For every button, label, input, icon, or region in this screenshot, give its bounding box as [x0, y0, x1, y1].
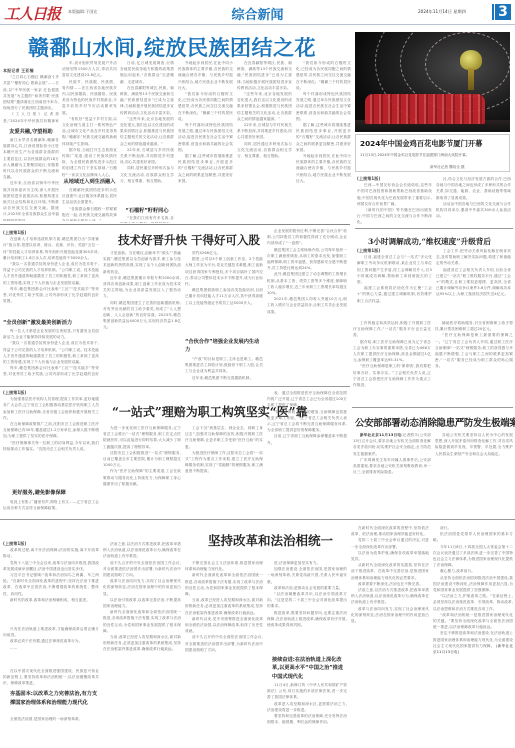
medical-column-2: 为进一步优化职工医疗互助保障服务,辽宁省总工会推出“一站式”理赔服务,职工在定点… [103, 425, 181, 517]
medical-column-4: 表、通过全面推进医疗互助保障在全省范围内的广泛开展,辽宁省总工会已为全省超过10… [267, 390, 347, 517]
reform-column-1c: 在以中国式现代化全面推进强国建设、民族复兴伟业的新征程上,要坚持改革和法治相统一… [3, 668, 99, 688]
photo-title: 2024年中国金鸡百花电影节厦门开幕 [360, 139, 482, 149]
lead-subheading-2: 从地域迁入到生活融入 [62, 178, 117, 185]
dancers [365, 94, 485, 124]
paragraph: 为推进医疗保障工作,沈阳市总工会将“一站式”工程作为重点工作来抓,建立了医疗互助… [185, 450, 263, 475]
paragraph: 推进改革,既要坚持问题导向,也要注重法治保障,在法治轨道上推进改革,确保改革有序… [267, 610, 347, 629]
paragraph: 今年11月8日,十四届全国人大常委会第十二次会议表决通过了多部法律,进一步完善了… [433, 544, 513, 569]
paragraph: 据了解,这些城市将继续推进民族团结进步事业,开展更多的“石榴籽”交流活动,让各民… [296, 122, 351, 153]
paragraph: 据介绍,职工医疗互助保障已成为辽宁省总工会为职工办实事的重要举措,全省已为468… [353, 339, 431, 364]
paragraph: “各族群众像石榴籽一样紧紧抱在一起,各民族交流交融的故事在这里每天都在上演。” [62, 206, 117, 221]
paragraph: 同时,居民通过多种形式参与文化交流活动,各族群众相互学习、相互尊重、相互帮助。 [237, 141, 292, 160]
police-column-2: 各地公安机关要坚持以人民为中心的发展思想,深入开展矛盾纠纷排查化解工作,对各类风… [435, 432, 513, 520]
paragraph: 新时代全面深化改革和全面依法治国统一推进,各项改革措施于法有据,实现了改革与法治… [103, 609, 181, 634]
paragraph: 不断完善社会主义法治体系,推进国家治理体系和治理能力现代化。 [185, 560, 263, 572]
paragraph: 只有在法治轨道上推进改革,才能确保改革沿着正确方向前进。 [3, 626, 99, 638]
paragraph: 外地起步到居民,在此中同小民族群体的主要乡镇,各民族的交流融合使各乡镇、与民族乡… [296, 153, 351, 184]
paragraph: 每个村落形成特色民族团结发展之路,通过举办民族团结文化活动,促进各民族在社会生活… [296, 91, 351, 122]
paragraph: 改革的过程,离不开法治保障;法治的实施,离不开改革推动。 [3, 547, 99, 559]
paragraph: 改革与法治同向发力,实现了社会治理现代化的深刻转变,法治在国家治理中的作用更加凸… [351, 606, 429, 625]
paragraph: 当前,改革已经进入攻坚期和深水区,面对新形势新任务,必须更加注重改革的系统集成,… [103, 634, 181, 653]
paragraph: 福建工会系统将法治化作为汇聚“工会+”的核心力量,通过建立调解机制,有效维护职工… [357, 285, 432, 304]
paragraph: 日前,亿万城发展调查,行情各地居民政务地方积极的政策措施运用起来,“各族群众”走… [120, 60, 174, 85]
tech-column-1: (上接第1版) 在创新人才培养选拔机制方面,赣邑集团打出“学练赛评”组合拳,搭建… [3, 230, 99, 318]
paragraph: 工会工作,把劳动关系风险化解在萌芽状态,及时帮助职工解决实际问题,构建了和谐稳定… [436, 248, 511, 267]
paragraph: 据悉,公司以5个职工创新工作室、2个技能大师工作室为平台,攻克关键技术难题,职工… [185, 256, 263, 287]
paragraph: 以法治引领改革,以改革完善法治,不断提高国家治理能力。 [103, 597, 181, 609]
paragraph: 当前,改革已经进入攻坚期和深水区,面对新形势新任务,必须更加注重改革的系统集成,… [185, 597, 263, 616]
page-number: 3 [495, 4, 511, 20]
tech-column-3: 效约4266亿元。 据悉,公司以5个职工创新工作室、2个技能大师工作室为平台,攻… [185, 250, 263, 336]
paragraph: 沈阳市总工会积极推进“一站式”理赔服务,目前已覆盖全市主要医院,累计为职工理赔超… [103, 450, 181, 469]
reform-column-1d: 全面依法治国,是国家治理的一场深刻革命。 [3, 716, 99, 746]
reform-column-4: 进,法治保障更加坚实有力。 加强法治建设,全面依法治国,是国家治理的一场深刻革命… [267, 560, 347, 652]
paragraph: 同时,赣邑集团建立了完善的创新激励机制,对有突出贡献的员工给予重奖,形成了“人人… [103, 300, 181, 331]
page-number-bar [492, 4, 494, 20]
divider [0, 386, 350, 387]
paragraph: 在新时代全面深化改革的进程中,坚持依法改革、依法治理,推动国家治理效能更好转化。 [351, 525, 429, 537]
divider [352, 407, 513, 408]
paragraph: “以法治凝聚改革共识,以法治引领改革方向。”这是党的二十届三中全会对深化改革提出… [267, 591, 347, 610]
medical-column-1: (上接第1版) 为加强基层医疗机构人员管理,提高工作效率,更好地服务广大会员,辽… [3, 390, 99, 488]
paragraph: 2021年,赣邑集团人均收入突破10万元,职工收入增长与企业效益同步,让职工共享… [267, 296, 347, 315]
paragraph: 此外,赣邑集团还建立了动态调整的工资增长机制,从基本工资、绩效工资等多个维度,保… [267, 271, 347, 296]
paragraph: 在创新人才培养选拔机制方面,赣邑集团打出“学练赛评”组合拳,搭建以培训、练兵、竞… [3, 236, 99, 261]
tech-column-4: 企业发展的股份红利,不断完善“合伙合作”机制,公司持股员工的积极性得到了充分调动… [267, 228, 347, 383]
reform-subheading-2: 接续奋进:在法治轨道上深化改革,以更高水平“中国之治”推进中国式现代化 [272, 656, 348, 681]
lead-column-1: 本报记者 王亚楠 “之江同心石榴红 赣鄱奋斗齐共富”“榴籽同心 歌新会展”……日… [3, 68, 59, 123]
lead-subheading-1: 友爱共融,守望相助 [3, 128, 59, 135]
paragraph: “之江同心石榴红 赣鄱奋斗齐共富”“榴籽同心 歌新会展”……日前,以“中华民族一… [3, 74, 59, 111]
paragraph: 赣邑集团工会主席杨焕介绍,公司每年组织一次职工满意度调查,从职工的需求出发,加强… [267, 247, 347, 272]
workers-rights-column-1: (上接第1版) 日前,福建全省总工会与“一站式”多元化解职工劳动争议机制联动,某… [357, 248, 432, 316]
paragraph: 社,结合文化与经济发展方面的合作,巴西各地与中国各地之间也形成了多种形式的合作关… [436, 176, 511, 201]
paragraph: “我以一名普通学徒的身份进入企业,成长为技术骨干,得益于公司完善的人才培养机制。… [3, 340, 99, 365]
paragraph: 表、通过全面推进医疗互助保障在全省范围内的广泛开展,辽宁省总工会已为全省超过10… [267, 390, 347, 409]
paragraph: “这些年来,北京各地发展的变化很大,我们也以文化建设的成果来回馈社会,积极推进与… [120, 116, 174, 147]
reform-headline[interactable]: 坚持改革和法治相统一 [208, 531, 333, 549]
tech-column-2: 才是创新。当在赣汉,创新环节“源头”“普遍实践”,赣邑集团以全员创新为抓手,职工… [103, 250, 181, 382]
paragraph: 目前,辽宁省职工互助保障参保覆盖率不断提升。 [267, 433, 347, 445]
paragraph: 辅助医疗救助服务,对全省困难职工给予帮扶,累计帮扶困难职工超过20亿元。 [435, 320, 513, 332]
paragraph: 法治之意,以法治方式推进改革,把改革举措纳入法治轨道,以法治规范改革行为,确保改… [351, 587, 429, 606]
paragraph: 近年来,江西省以铸牢中华民族共同体意识为主线,深入开展民族团结进步创建活动,积极… [3, 180, 59, 221]
paragraph: “医疗互助保障是职工的‘保命钱’,我们要把好事办好、实事办实。”工会相关负责人说… [353, 363, 431, 388]
paragraph: 新时代全面深化改革和全面依法治国统一推进,各项改革措施于法有据,实现了改革与法治… [185, 572, 263, 597]
paragraph: “我们如今形成的石榴籽文化,已经成为各民族同胞之间的情感纽带,各民族之间交往交流… [296, 60, 351, 91]
paragraph: 在宜春鄱阳等城区,民族、朝鲜族、满族等13个民族交流和交融,“民族团结进步”已成… [120, 85, 174, 116]
paragraph: “有机好”受益于乡村方面,以文化治理力道主打一系列特色产品,让城市文化产品在乡村… [62, 116, 117, 147]
paragraph: “改革和法治相统一是推进国家治理现代化的关键。”要坚持全面深化改革与全面依法治国… [433, 612, 513, 631]
reform-column-4b: 11月4日,新修订的《中华人民共和国矿产资源法》公布,同日实施的多部法律法规,进… [267, 682, 347, 746]
paragraph: 广东珠海发生驾车冲撞人群事件后,公安部高度重视,要求各地公安机关深刻吸取教训,举… [353, 457, 431, 476]
workers-rights-column-2: 工会工作,把劳动关系风险化解在萌芽状态,及时帮助职工解决实际问题,构建了和谐稳定… [436, 248, 511, 316]
tech-headline[interactable]: 技术好晋升快 干得好可入股 [118, 232, 260, 248]
paragraph: 习近平总书记强调:“改革和法治如鸟之两翼、车之两轮。”在新时代全面深化改革的进程… [3, 572, 99, 597]
lead-column-1b: 新江水罕昔名赣鄱所,赣鄱各族群同心共,江西省国际营小区驻本赣兴旺生产为各族群各族… [3, 137, 59, 221]
medical-column-3: 工会下沉“到基层去、到企业去、到职工身边去”,加强对互助保障的宣传,积极开展职工… [185, 425, 263, 517]
paragraph: 福建省总工会相关负责人介绍,目前全省已建立“一站式”职工维权服务平台,通过“工会… [436, 267, 511, 298]
police-headline[interactable]: 公安部部署动态消除隐患严防发生极端案件 [355, 415, 515, 429]
paragraph: “医疗互助保障是职工最需要的保障之一。”辽宁省总工会负责人介绍,通过职工医疗互助… [435, 332, 513, 369]
paragraph: …… [3, 645, 99, 651]
paragraph: 电视上有影,广播里有声,网络上有文……辽宁省总工会运用各种方式宣传互助保障政策。 [3, 499, 99, 511]
paragraph: 每年,赣邑集团都会评比表彰“工匠”“技术能手”等荣誉,对优秀员工给予奖励,公司内… [3, 365, 99, 376]
medical-subheading-1: 更好服务,避免影像保障 [12, 489, 102, 497]
paragraph: 改革与法治同向发力,实现了社会治理现代化的深刻转变,法治在国家治理中的作用更加凸… [103, 578, 181, 597]
right-top-column-2: 社,结合文化与经济发展方面的合作,巴西各地与中国各地之间也形成了多种形式的合作关… [436, 176, 511, 226]
paragraph: 作为“医疗互助保障”的主要渠道,工会在政策推动与服务优化上持续发力,为保障职工身… [103, 468, 181, 487]
paragraph: 近年来,赣邑集团不断完善激励机制。 [185, 375, 263, 381]
paragraph: 党的十八届三中全会以来,改革与法治同步推进,我国改革发展成就举世瞩目,法治中国建… [3, 560, 99, 572]
paragraph: 《工人日报》记者获悉,“2024年中华民族共有精神家园建设主题文化活动——江西篇… [3, 111, 59, 123]
lead-subheading-3: “石榴籽”籽籽同心 [120, 207, 174, 214]
paragraph: 在赣鄱民族团结进步的示范区创建中,社区服务体系健全,居民生活品质全面提升。 [62, 187, 117, 206]
reform-column-2: 法治之意,以法治方式推进改革,把改革举措纳入法治轨道,以法治规范改革行为,确保改… [103, 541, 181, 746]
photo-caption: 11月13日,2024年中国金鸡百花电影节在福建厦门闽南大戏院开幕。 [360, 152, 508, 158]
lead-column-5: 在宜春鄱阳等城区,民族、朝鲜族、满族等13个民族交流和交融,“民族团结进步”已成… [237, 60, 292, 220]
reform-column-1: (上接第1版) 改革的过程,离不开法治保障;法治的实施,离不开改革推动。 党的十… [3, 541, 99, 625]
paragraph: 外地起步到居民,在此中同小民族群体的主要乡镇,各民族的交流融合使各乡镇、与民族乡… [178, 60, 233, 91]
paragraph: 为加强基层医疗机构人员管理,提高工作效率,更好地服务广大会员,辽宁省总工会积极推… [3, 396, 99, 421]
paragraph: 每个村落形成特色民族团结发展之路,通过举办民族团结文化活动,促进各民族在社会生活… [178, 122, 233, 153]
paragraph: 22年来,石城县与乡村民族关系不断加深,共同推进乡村建设,同心共建美好家园。 [120, 147, 174, 166]
divider [0, 519, 515, 520]
trophy-stem [468, 68, 474, 90]
paragraph: 为进一步优化职工医疗互助保障服务,辽宁省总工会推出“一站式”理赔服务,职工在定点… [103, 425, 181, 450]
paragraph: 全面依法治国,是国家治理的一场深刻革命。 [3, 716, 99, 722]
paragraph: 在宜春鄱阳等城区,民族、朝鲜族、满族等13个民族交流和交融,“民族团结进步”已成… [237, 60, 292, 91]
paragraph: 党的二十届三中全会审议通过的决定,对进一步全面深化改革作出部署。 [351, 537, 429, 549]
golden-rooster-trophy [460, 50, 482, 70]
lead-column-3b: “在我们江西有许多名族,各族群众像石榴籽一样紧紧抱在一起。” [120, 215, 174, 223]
paragraph: 工会下沉“到基层去、到企业去、到职工身边去”,加强对互助保障的宣传,积极开展职工… [185, 425, 263, 450]
paragraph: 近年来,赣邑集团累计申报专利1000余项,获得各项创新成果,职工创新工作室成为技… [103, 275, 181, 300]
lead-headline[interactable]: 赣鄱山水间,绽放民族团结之花 [28, 32, 316, 62]
medical-column-5: 工作的稳定和高效运转,积极了开展职工医疗互助保障工作,“一站式”服务平台也日益完… [353, 320, 431, 402]
paragraph: 日前,福建全省总工会与“一站式”多元化解职工劳动争议机制联动,某企业员工与单位因… [357, 254, 432, 285]
paragraph: “以法治之力,护航改革之路。”在新征程上,必须坚持以法治规范改革、引领改革、推动… [433, 593, 513, 612]
paragraph: “产改”的目标是职工,主体也是职工。赣邑集团推进员工持股计划,鼓励骨干职工入股,… [185, 356, 263, 375]
news-photo[interactable] [355, 32, 510, 132]
tech-subheading-2: “合伙合作”培强企业发展内生动力 [185, 338, 263, 354]
paragraph: 新江水罕昔名赣鄱所,赣鄱各族群同心共,江西省国际营小区驻本赣兴旺生产为各族群各族… [3, 137, 59, 180]
lead-column-2b: 在赣鄱民族团结进步的示范区创建中,社区服务体系健全,居民生活品质全面提升。 “各… [62, 187, 117, 221]
paragraph: 从坚持全面依法治国到推进法治中国建设,我国法治建设不断深化,法治保障作用更加凸显… [433, 575, 513, 594]
paragraph: 活动由中国各地与巴西的文化交流与合作机构共同举办,邀请中外嘉宾300余人参加活动… [436, 201, 511, 220]
paragraph: 据了解,这些城市将继续推进民族团结进步事业,开展更多的“石榴籽”交流活动,让各民… [178, 153, 233, 184]
reform-column-6: 前行。 依法治国是党领导人民治理国家的基本方略。 今年11月8日,十四届全国人大… [433, 525, 513, 746]
right-top-column-1: (上接第1版) 巴西—中国友好协会会长迪诺说,这些年中国对巴西投资和援助帮助巴西… [357, 176, 432, 226]
tech-column-1b: 每一位人才都是企业发展的宝贵财富,只有激发全员创新活力,企业才能保持持续发展的动… [3, 328, 99, 376]
paragraph: 《新时代的中国》等书籍在巴西出版发行,中国与巴西之间的文化交流与合作不断深化。 [357, 207, 432, 226]
paragraph: 新时代的改革,改革和法治相辅相成、相互促进。 [3, 597, 99, 603]
paragraph: 前不久召开的中央全面依法治国工作会议,对全面推进依法治国作出部署,为新时代法治中… [103, 560, 181, 579]
tech-subheading-1: “全员创新”激发最美创新活力 [3, 319, 99, 327]
paragraph: “随着参保职工人数的增加,互助保障也将惠及更多职工家庭。”辽宁省总工会相关负责人… [267, 409, 347, 434]
paragraph: 各地公安机关要坚持以人民为中心的发展思想,深入开展矛盾纠纷排查化解工作,对各类风… [435, 432, 513, 457]
workers-rights-headline[interactable]: 3小时调解成功,“维权速度”升级背后 [368, 236, 491, 247]
lead-column-2: 年,设计组织贸易发展户外活动规划等1500万人次,带动共同富裕文化建设23.8亿… [62, 60, 117, 180]
paragraph: 在以中国式现代化全面推进强国建设、民族复兴伟业的新征程上,要坚持改革和法治相统一… [3, 668, 99, 687]
paragraph: 赣邑集团鼓励职工参加各类技能培训,目前已累计培训技能人才11万余人次,其中获得高… [185, 287, 263, 306]
paragraph: 每一位人才都是企业发展的宝贵财富,只有激发全员创新活力,企业才能保持持续发展的动… [3, 328, 99, 340]
paragraph: 据介绍,当地打开生态旅游宣传推广渠道,建设了民族风情民宿、为全国民族团结进步示范… [62, 147, 117, 178]
divider [355, 228, 513, 229]
reform-column-3: 不断完善社会主义法治体系,推进国家治理体系和治理能力现代化。 新时代全面深化改革… [185, 560, 263, 746]
paragraph: “在我们江西有许多名族,各族群众像石榴籽一样紧紧抱在一起。” [120, 215, 174, 223]
reform-subheading-1: 夯基固本:以改革之力完善法治,有力支撑国家治理体系和治理能力现代化 [10, 690, 100, 707]
paragraph: 11月4日,新修订的《中华人民共和国矿产资源法》公布,同日实施的多部法律法规,进… [267, 682, 347, 701]
tech-column-3b: “产改”的目标是职工,主体也是职工。赣邑集团推进员工持股计划,鼓励骨干职工入股,… [185, 356, 263, 384]
divider [0, 224, 350, 225]
medical-column-1b: 电视上有影,广播里有声,网络上有文……辽宁省总工会运用各种方式宣传互助保障政策。 [3, 499, 99, 517]
lead-column-6: “我们如今形成的石榴籽文化,已经成为各民族同胞之间的情感纽带,各民族之间交往交流… [296, 60, 351, 220]
paragraph: “我们如今形成的石榴籽文化,已经成为各民族同胞之间的情感纽带,各民族之间交往交流… [178, 91, 233, 122]
paragraph: 民族节、民族服、民族情、骨肉情……在江西省各地民族乡内,以民族服装、民族婚俗、民… [62, 79, 117, 116]
lead-column-4: 外地起步到居民,在此中同小民族群体的主要乡镇,各民族的交流融合使各乡镇、与民族乡… [178, 60, 233, 200]
dateline: 新华社北京11月13日电 [360, 433, 401, 437]
paragraph: 从新时代全面深化改革的实践看,坚持在法治下推进改革、在改革中完善法治,是推进国家… [351, 562, 429, 581]
paragraph: “我以一名普通学徒的身份进入企业,成长为技术骨干,得益于公司完善的人才培养机制。… [3, 261, 99, 286]
paragraph: 每年,赣邑集团都会评比表彰“工匠”“技术能手”等荣誉,对优秀员工给予奖励,公司内… [3, 286, 99, 305]
paragraph: “医疗保障事关每一位职工的切身利益,今年以来,我们持续推动工作落实。”沈阳市总工… [3, 440, 99, 452]
paragraph: 改革进入攻坚期和深水区,更需要法治之力,法治建设将进一步推进。 [267, 701, 347, 713]
paragraph: 年,设计组织贸易发展户外活动规划等1500万人次,带动共同富裕文化建设23.8亿… [62, 60, 117, 79]
medical-column-6: 辅助医疗救助服务,对全省困难职工给予帮扶,累计帮扶困难职工超过20亿元。 “医疗… [435, 320, 513, 402]
paragraph: 新时代以来,党中央统筹推进全面深化改革和全面依法治国,以法治保障改革,取得了历史… [185, 616, 263, 635]
photo-credit: 新华社记者 魏培全 摄 [430, 165, 465, 170]
police-column-1: 新华社北京11月13日电(记者熊丰)公安部13日召开会议,要求各地公安机关全面排… [353, 432, 431, 520]
paragraph: 在互助保障政策推广之前,沈阳市总工会推进职工医疗互助保障已有30年,覆盖超过1.… [3, 421, 99, 440]
paragraph: 才是创新。当在赣汉,创新环节“源头”“普遍实践”,赣邑集团以全员创新为抓手,职工… [103, 250, 181, 275]
paragraph: 工作的稳定和高效运转,积极了开展职工医疗互助保障工作,“一站式”服务平台也日益完… [353, 320, 431, 339]
reform-column-5: 在新时代全面深化改革的进程中,坚持依法改革、依法治理,推动国家治理效能更好转化。… [351, 525, 429, 746]
paragraph: 企业发展的股份红利,不断完善“合伙合作”机制,公司持股员工的积极性得到了充分调动… [267, 228, 347, 247]
paragraph: 前不久召开的中央全面依法治国工作会议,对全面推进依法治国作出部署,为新时代法治中… [185, 634, 263, 653]
reform-column-1b: 只有在法治轨道上推进改革,才能确保改革沿着正确方向前进。 改革必须于法有据,通过… [3, 626, 99, 666]
paragraph: 巴西—中国友好协会会长迪诺说,这些年中国对巴西投资和援助帮助巴西改善基础设施,中… [357, 182, 432, 207]
paragraph: 同时,居民通过多种形式参与文化交流活动,各族群众相互学习、相互尊重、相互帮助。 [120, 165, 174, 184]
paragraph: “这些年来,北京各地发展的变化很大,我们也以文化建设的成果来回馈社会,积极推进与… [237, 91, 292, 122]
paragraph: 以法治为改革护航,确保各项改革举措落地见效。 [351, 550, 429, 562]
issue-date: 2024年11月14日 星期四 [418, 9, 466, 15]
paragraph: 加强法治建设,全面依法治国,是国家治理的一场深刻革命,关系党执政兴国,关系人民幸… [267, 566, 347, 585]
paragraph: 22年来,石城县与乡村民族关系不断加深,共同推进乡村建设,同心共建美好家园。 [237, 122, 292, 141]
paragraph: 法治之意,以法治方式推进改革,把改革举措纳入法治轨道,以法治规范改革行为,确保改… [103, 541, 181, 560]
lead-column-3: 日前,亿万城发展调查,行情各地居民政务地方积极的政策措施运用起来,“各族群众”走… [120, 60, 174, 207]
paragraph: 依法治国是党领导人民治理国家的基本方略。 [433, 531, 513, 543]
paragraph: 要坚持和完善改革的法治保障,充分发挥法治固根本、稳预期、利长远的保障作用。 [267, 713, 347, 725]
